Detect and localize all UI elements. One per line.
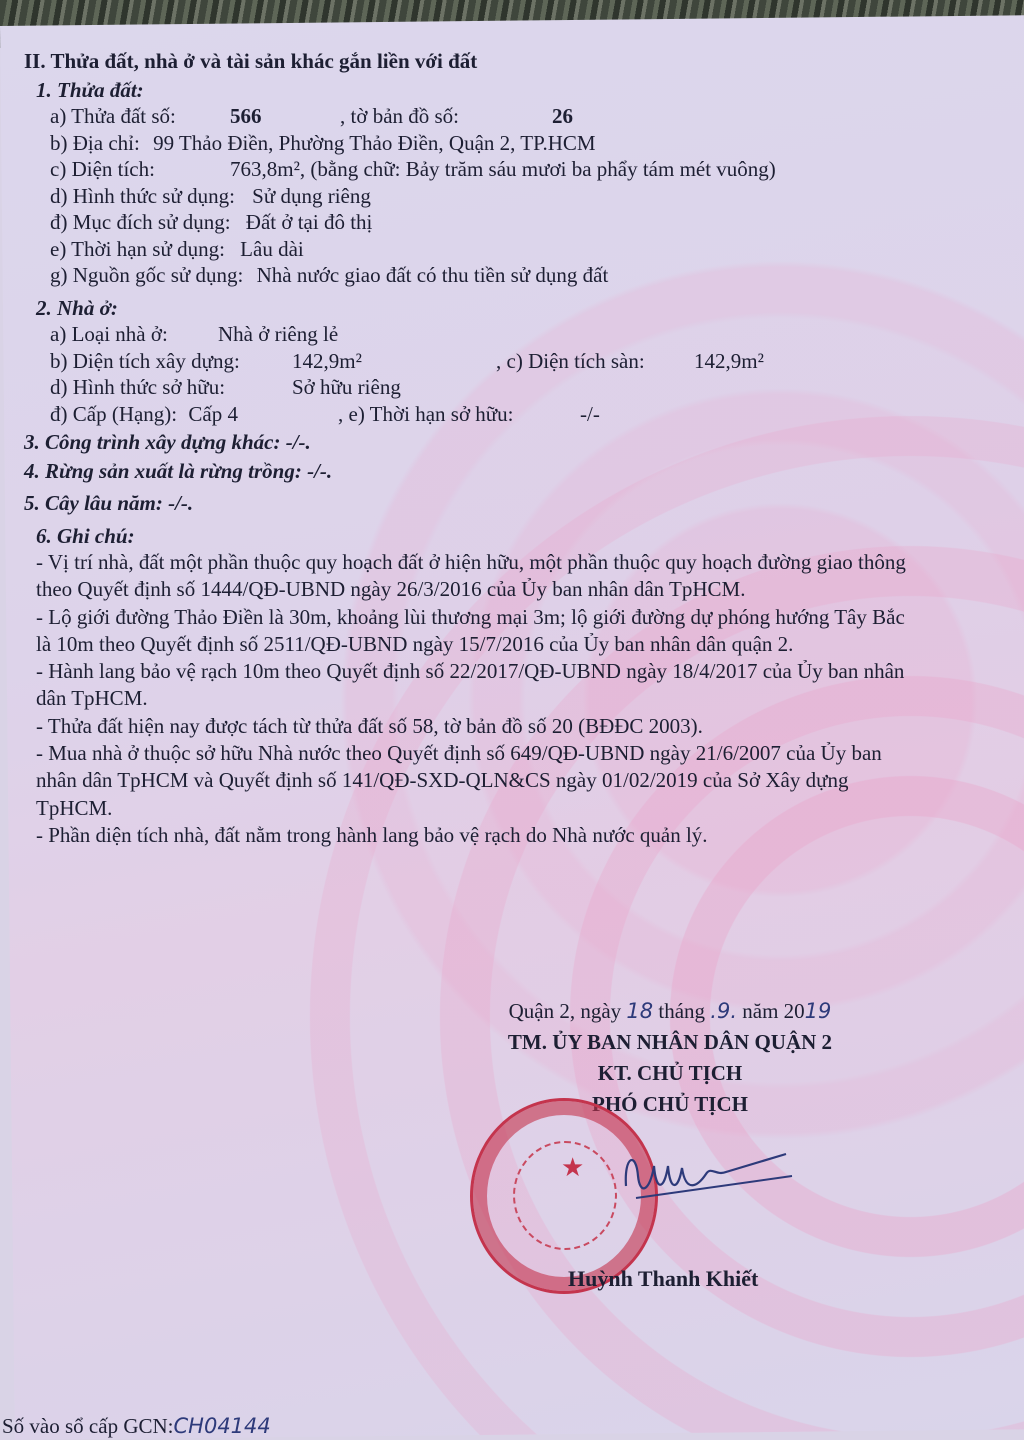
term-value: Lâu dài [240, 236, 304, 263]
address-label: b) Địa chỉ: [50, 130, 140, 157]
own-term-value: -/- [580, 401, 600, 428]
parcel-number: 566 [230, 103, 262, 130]
signature-block: Quận 2, ngày 18 tháng .9. năm 2019 TM. Ủ… [440, 996, 900, 1120]
note-item: - Phần diện tích nhà, đất nằm trong hành… [24, 822, 916, 849]
registry-label: Số vào sổ cấp GCN: [2, 1414, 174, 1438]
ownership-value: Sở hữu riêng [292, 374, 401, 401]
certificate-content: II. Thửa đất, nhà ở và tài sản khác gắn … [24, 48, 924, 849]
house-type-row: a) Loại nhà ở: Nhà ở riêng lẻ [24, 321, 924, 348]
land-parcel-row: a) Thửa đất số: 566 , tờ bản đồ số: 26 [24, 103, 924, 130]
house-heading: 2. Nhà ở: [24, 295, 924, 322]
note-item: - Thửa đất hiện nay được tách từ thửa đấ… [24, 713, 916, 740]
construction-other: 3. Công trình xây dựng khác: -/-. [24, 429, 924, 456]
build-area-value: 142,9m² [292, 348, 362, 375]
perennial-trees: 5. Cây lâu năm: -/-. [24, 490, 924, 517]
issue-date: Quận 2, ngày 18 tháng .9. năm 2019 [440, 996, 900, 1027]
area-value: 763,8m², (bằng chữ: Bảy trăm sáu mươi ba… [230, 156, 776, 183]
usage-form-row: d) Hình thức sử dụng: Sử dụng riêng [24, 183, 924, 210]
ownership-row: d) Hình thức sở hữu: Sở hữu riêng [24, 374, 924, 401]
house-type-value: Nhà ở riêng lẻ [218, 321, 338, 348]
parcel-label: a) Thửa đất số: [50, 103, 176, 130]
grade-label: đ) Cấp (Hạng): [50, 401, 177, 428]
handwritten-signature [616, 1146, 796, 1206]
note-item: - Hành lang bảo vệ rạch 10m theo Quyết đ… [24, 658, 916, 713]
land-address-row: b) Địa chỉ: 99 Thảo Điền, Phường Thảo Đi… [24, 130, 924, 157]
origin-label: g) Nguồn gốc sử dụng: [50, 262, 243, 289]
signer-role-1: KT. CHỦ TỊCH [440, 1058, 900, 1089]
map-number: 26 [552, 103, 573, 130]
grade-value: Cấp 4 [188, 401, 238, 428]
floor-area-label: , c) Diện tích sàn: [496, 348, 645, 375]
map-label: , tờ bản đồ số: [340, 103, 459, 130]
issue-month: .9. [710, 999, 737, 1023]
star-icon: ★ [561, 1153, 584, 1183]
house-type-label: a) Loại nhà ở: [50, 321, 168, 348]
own-term-label: , e) Thời hạn sở hữu: [338, 401, 514, 428]
usage-form-value: Sử dụng riêng [252, 183, 371, 210]
origin-row: g) Nguồn gốc sử dụng: Nhà nước giao đất … [24, 262, 924, 289]
registry-number: Số vào sổ cấp GCN:CH04144 [2, 1414, 271, 1439]
origin-value: Nhà nước giao đất có thu tiền sử dụng đấ… [257, 262, 609, 289]
term-label: e) Thời hạn sử dụng: [50, 236, 225, 263]
land-heading: 1. Thửa đất: [24, 77, 924, 104]
address-value: 99 Thảo Điền, Phường Thảo Điền, Quận 2, … [153, 130, 595, 157]
section-title: II. Thửa đất, nhà ở và tài sản khác gắn … [24, 48, 924, 75]
purpose-row: đ) Mục đích sử dụng: Đất ở tại đô thị [24, 209, 924, 236]
note-item: - Mua nhà ở thuộc sở hữu Nhà nước theo Q… [24, 740, 916, 822]
purpose-value: Đất ở tại đô thị [246, 209, 373, 236]
registry-value: CH04144 [174, 1414, 271, 1438]
signer-name: Huỳnh Thanh Khiết [568, 1266, 758, 1292]
land-area-row: c) Diện tích: 763,8m², (bằng chữ: Bảy tr… [24, 156, 924, 183]
issue-year: 19 [805, 999, 832, 1023]
area-label: c) Diện tích: [50, 156, 155, 183]
issuing-org: TM. ỦY BAN NHÂN DÂN QUẬN 2 [440, 1027, 900, 1058]
purpose-label: đ) Mục đích sử dụng: [50, 209, 231, 236]
notes-heading: 6. Ghi chú: [24, 523, 924, 550]
issue-day: 18 [626, 999, 653, 1023]
term-row: e) Thời hạn sử dụng: Lâu dài [24, 236, 924, 263]
ownership-label: d) Hình thức sở hữu: [50, 374, 225, 401]
usage-form-label: d) Hình thức sử dụng: [50, 183, 235, 210]
build-area-label: b) Diện tích xây dựng: [50, 348, 240, 375]
house-area-row: b) Diện tích xây dựng: 142,9m² , c) Diện… [24, 348, 924, 375]
floor-area-value: 142,9m² [694, 348, 764, 375]
note-item: - Lộ giới đường Thảo Điền là 30m, khoảng… [24, 604, 916, 659]
grade-row: đ) Cấp (Hạng): Cấp 4 , e) Thời hạn sở hữ… [24, 401, 924, 428]
note-item: - Vị trí nhà, đất một phần thuộc quy hoạ… [24, 549, 916, 604]
production-forest: 4. Rừng sản xuất là rừng trồng: -/-. [24, 458, 924, 485]
